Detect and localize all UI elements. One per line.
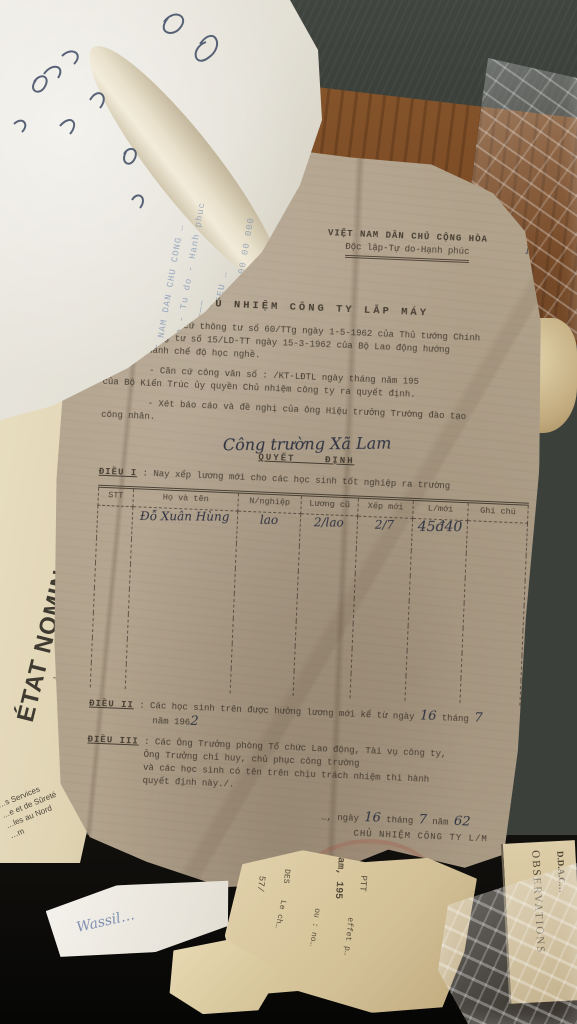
effective-day-handwritten: 16 bbox=[420, 708, 437, 724]
table-cell bbox=[406, 651, 462, 678]
table-cell bbox=[234, 569, 298, 597]
table-cell bbox=[463, 603, 524, 630]
date-prefix: …, ngày bbox=[321, 812, 359, 824]
col-new-grade: Xếp mới bbox=[358, 497, 414, 518]
trade-handwritten: lao bbox=[260, 514, 278, 527]
national-motto-block: VIỆT NAM DÂN CHỦ CỘNG HÒA Độc lập-Tự do-… bbox=[292, 226, 523, 266]
fragment-des: DES bbox=[281, 869, 291, 884]
article-3-label: ĐIỀU III bbox=[87, 734, 139, 746]
table-cell bbox=[298, 546, 356, 573]
blue-handwriting: Wassil… bbox=[75, 907, 136, 936]
table-cell bbox=[296, 596, 354, 623]
table-cell bbox=[464, 578, 525, 605]
table-cell bbox=[466, 521, 527, 556]
col-trade: N/nghiệp bbox=[238, 492, 302, 514]
new-grade-handwritten: 2/7 bbox=[375, 519, 394, 532]
table-cell bbox=[460, 678, 521, 705]
article-1-label: ĐIỀU I bbox=[99, 467, 138, 479]
fragment-le-ch: Le ch… bbox=[273, 899, 288, 929]
table-cell bbox=[295, 621, 353, 648]
handwritten-annotation: Công trường Xã Lam bbox=[100, 435, 514, 452]
date-year-handwritten: 62 bbox=[454, 814, 471, 830]
table-cell bbox=[235, 544, 299, 572]
table-cell bbox=[90, 663, 126, 689]
effective-month-handwritten: 7 bbox=[474, 711, 483, 726]
article-3: ĐIỀU III : Các Ông Trưởng phòng Tổ chức … bbox=[86, 733, 502, 802]
date-day-handwritten: 16 bbox=[364, 810, 381, 826]
student-name-handwritten: Đỗ Xuân Hùng bbox=[140, 510, 230, 524]
table-cell bbox=[465, 553, 526, 580]
table-cell bbox=[354, 574, 410, 601]
table-cell bbox=[462, 628, 523, 655]
table-cell bbox=[94, 563, 130, 589]
table-cell bbox=[230, 668, 294, 696]
article-2-label: ĐIỀU II bbox=[89, 699, 134, 711]
table-cell bbox=[232, 618, 296, 646]
table-cell bbox=[355, 549, 411, 576]
fragment-ptt: PTT bbox=[357, 875, 368, 892]
article-3-text: : Các Ông Trưởng phòng Tổ chức Lao động,… bbox=[142, 736, 474, 802]
col-stt: STT bbox=[98, 486, 134, 506]
table-cell bbox=[293, 671, 351, 698]
table-cell bbox=[95, 538, 131, 564]
table-cell bbox=[461, 653, 522, 680]
table-cell bbox=[350, 673, 406, 700]
table-cell bbox=[93, 588, 129, 614]
table-cell bbox=[352, 623, 408, 650]
table-cell bbox=[294, 646, 352, 673]
year-digit-handwritten: 2 bbox=[190, 714, 199, 729]
handwritten-scribble bbox=[4, 4, 224, 234]
date-month-word: tháng bbox=[386, 815, 413, 826]
article-2-month-word: tháng bbox=[442, 713, 469, 724]
year-typed: năm 196 bbox=[152, 716, 190, 728]
table-cell bbox=[297, 571, 355, 598]
photo-of-archival-documents: ÉTAT DU 'VIÊT-NAM ÉTAT NOMINATIF DU PERS… bbox=[0, 0, 577, 1024]
table-cell bbox=[351, 648, 407, 675]
col-old-salary: Lương cũ bbox=[301, 495, 359, 516]
fragment-effet: effet p… bbox=[342, 917, 355, 956]
table-cell bbox=[97, 505, 133, 539]
table-cell bbox=[408, 601, 464, 628]
table-cell bbox=[231, 643, 295, 671]
fragment-57: 57/ bbox=[255, 875, 267, 892]
table-cell bbox=[353, 599, 409, 626]
date-year-word: năm bbox=[432, 817, 449, 828]
table-cell bbox=[409, 576, 465, 603]
col-new-salary: L/mới bbox=[413, 499, 469, 520]
table-cell bbox=[125, 664, 231, 693]
table-cell bbox=[405, 676, 461, 703]
table-cell bbox=[233, 593, 297, 621]
new-salary-handwritten: 45đ40 bbox=[417, 521, 462, 534]
old-salary-handwritten: 2/lao bbox=[314, 516, 344, 529]
etat-small-fragments: …s Services …e et de Sûreté …les au Nord… bbox=[0, 779, 66, 842]
fragment-ou-no: ou : no… bbox=[307, 908, 321, 947]
date-month-handwritten: 7 bbox=[418, 812, 427, 827]
table-cell bbox=[91, 638, 127, 664]
col-notes: Ghi chú bbox=[468, 502, 529, 523]
salary-table: STT Họ và tên N/nghiệp Lương cũ Xếp mới … bbox=[90, 485, 529, 706]
table-cell bbox=[410, 551, 466, 578]
table-cell bbox=[407, 626, 463, 653]
table-cell bbox=[92, 613, 128, 639]
